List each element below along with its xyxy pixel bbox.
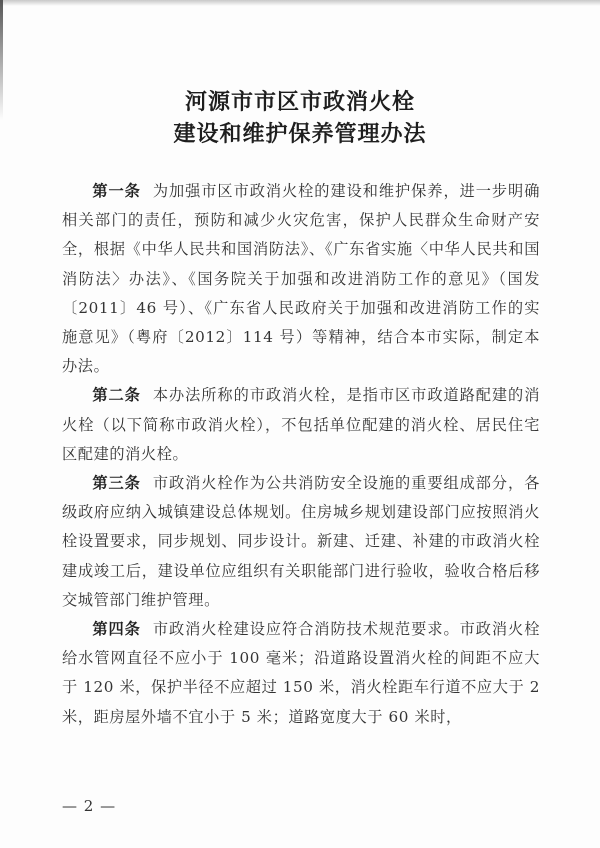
scan-edge-shadow [0, 0, 600, 6]
document-title: 河源市市区市政消火栓 建设和维护保养管理办法 [0, 86, 600, 150]
article-1: 第一条为加强市区市政消火栓的建设和维护保养，进一步明确相关部门的责任，预防和减少… [62, 177, 540, 381]
article-label: 第四条 [92, 620, 140, 638]
article-label: 第二条 [92, 386, 140, 404]
article-label: 第一条 [92, 182, 140, 200]
document-page: 河源市市区市政消火栓 建设和维护保养管理办法 第一条为加强市区市政消火栓的建设和… [0, 0, 600, 848]
article-3: 第三条市政消火栓作为公共消防安全设施的重要组成部分，各级政府应纳入城镇建设总体规… [62, 469, 540, 615]
article-text: 为加强市区市政消火栓的建设和维护保养，进一步明确相关部门的责任，预防和减少火灾危… [62, 182, 540, 375]
title-line-1: 河源市市区市政消火栓 [0, 86, 600, 118]
title-line-2: 建设和维护保养管理办法 [0, 118, 600, 150]
article-text: 市政消火栓作为公共消防安全设施的重要组成部分，各级政府应纳入城镇建设总体规划。住… [62, 474, 540, 609]
article-label: 第三条 [92, 474, 140, 492]
page-number: — 2 — [62, 797, 116, 815]
article-2: 第二条本办法所称的市政消火栓，是指市区市政道路配建的消火栓（以下简称市政消火栓）… [62, 381, 540, 469]
document-body: 第一条为加强市区市政消火栓的建设和维护保养，进一步明确相关部门的责任，预防和减少… [62, 177, 540, 732]
article-4: 第四条市政消火栓建设应符合消防技术规范要求。市政消火栓给水管网直径不应小于 10… [62, 615, 540, 732]
